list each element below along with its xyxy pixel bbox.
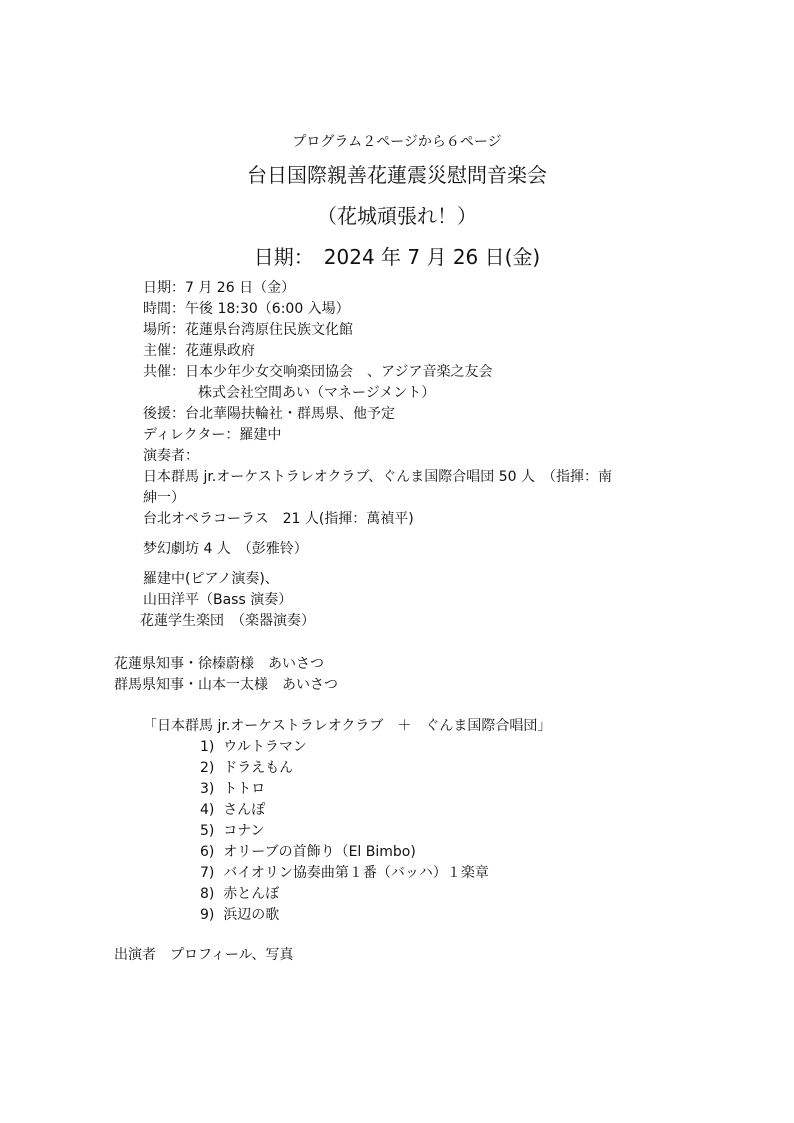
program-item-title: コナン (223, 823, 264, 839)
program-item-number: 8) (200, 886, 214, 902)
info-label: 後援 (143, 407, 171, 421)
program-item-number: 3) (200, 781, 214, 797)
info-sponsor: 後援：台北華陽扶輪社・群馬県、他予定 (143, 407, 395, 421)
performers-heading: 演奏者： (143, 449, 199, 463)
program-item: 2) ドラえもん (200, 761, 293, 775)
program-item-title: ドラえもん (223, 760, 293, 776)
program-item-number: 6) (200, 844, 214, 860)
info-time: 時間：午後 18:30（6:00 入場） (143, 302, 350, 316)
info-organizer: 主催：花蓮県政府 (143, 344, 255, 358)
program-item-number: 5) (200, 823, 214, 839)
program-item-number: 4) (200, 802, 214, 818)
concert-slogan: （花城頑張れ！） (0, 206, 794, 226)
program-item: 3) トトロ (200, 782, 265, 796)
program-item: 5) コナン (200, 824, 265, 838)
program-item-title: ウルトラマン (223, 739, 307, 755)
info-value: 7 月 26 日（金） (185, 280, 295, 296)
performer-group: 日本群馬 jr.オーケストラレオクラブ、ぐんま国際合唱団 50 人 （指揮：南 (143, 470, 612, 484)
program-item-title: バイオリン協奏曲第１番（バッハ）１楽章 (223, 865, 489, 881)
program-heading: 「日本群馬 jr.オーケストラレオクラブ ＋ ぐんま国際合唱団」 (143, 719, 551, 733)
performer-group: 山田洋平（Bass 演奏） (143, 593, 292, 607)
info-label: 日期 (143, 281, 171, 295)
info-co-organizer: 共催：日本少年少女交响楽団協会 、アジア音楽之友会 (143, 365, 492, 379)
program-item: 9) 浜辺の歌 (200, 908, 279, 922)
info-value: 台北華陽扶輪社・群馬県、他予定 (185, 406, 395, 422)
info-label: 共催 (143, 365, 171, 379)
performer-group: 梦幻劇坊 4 人 （彭雅铃） (143, 542, 308, 556)
program-item-number: 9) (200, 907, 214, 923)
info-label: 場所 (143, 323, 171, 337)
greeting-line: 群馬県知事・山本一太様 あいさつ (114, 678, 338, 692)
performer-group: 紳一） (143, 491, 185, 505)
info-label: ディレクター (143, 428, 225, 442)
performer-group: 羅建中(ピアノ演奏)、 (143, 572, 279, 586)
program-item-number: 1) (200, 739, 214, 755)
info-value: 羅建中 (239, 427, 281, 443)
program-item-title: トトロ (223, 781, 265, 797)
info-value: 午後 18:30（6:00 入場） (185, 301, 350, 317)
info-co-organizer-2: 株式会社空間あい（マネージメント） (198, 386, 435, 400)
program-pages-note: プログラム２ページから６ページ (0, 135, 794, 149)
program-item-title: 赤とんぼ (223, 886, 279, 902)
program-item-title: 浜辺の歌 (223, 907, 279, 923)
program-item-number: 2) (200, 760, 214, 776)
info-value: 日本少年少女交响楽団協会 、アジア音楽之友会 (185, 364, 492, 380)
info-label: 主催 (143, 344, 171, 358)
greeting-line: 花蓮県知事・徐榛蔚様 あいさつ (114, 657, 324, 671)
program-item: 7) バイオリン協奏曲第１番（バッハ）１楽章 (200, 866, 489, 880)
concert-date: 日期： 2024 年 7 月 26 日(金) (0, 247, 794, 267)
program-item-number: 7) (200, 865, 214, 881)
performer-group: 台北オペラコーラス 21 人(指揮：萬禎平) (143, 512, 414, 526)
info-venue: 場所：花蓮県台湾原住民族文化館 (143, 323, 353, 337)
info-value: 花蓮県政府 (185, 343, 255, 359)
program-item: 1) ウルトラマン (200, 740, 307, 754)
info-director: ディレクター：羅建中 (143, 428, 281, 442)
info-label: 時間 (143, 302, 171, 316)
performer-group: 花蓮学生楽団 （楽器演奏） (140, 614, 315, 628)
performer-profiles-note: 出演者 プロフィール、写真 (114, 948, 293, 962)
program-item: 4) さんぽ (200, 803, 265, 817)
concert-title: 台日国際親善花蓮震災慰問音楽会 (0, 165, 794, 185)
program-item-title: オリーブの首飾り（El Bimbo) (223, 844, 416, 860)
program-item: 6) オリーブの首飾り（El Bimbo) (200, 845, 416, 859)
info-value: 花蓮県台湾原住民族文化館 (185, 322, 353, 338)
program-item-title: さんぽ (223, 802, 265, 818)
program-item: 8) 赤とんぼ (200, 887, 279, 901)
info-date: 日期：7 月 26 日（金） (143, 281, 295, 295)
